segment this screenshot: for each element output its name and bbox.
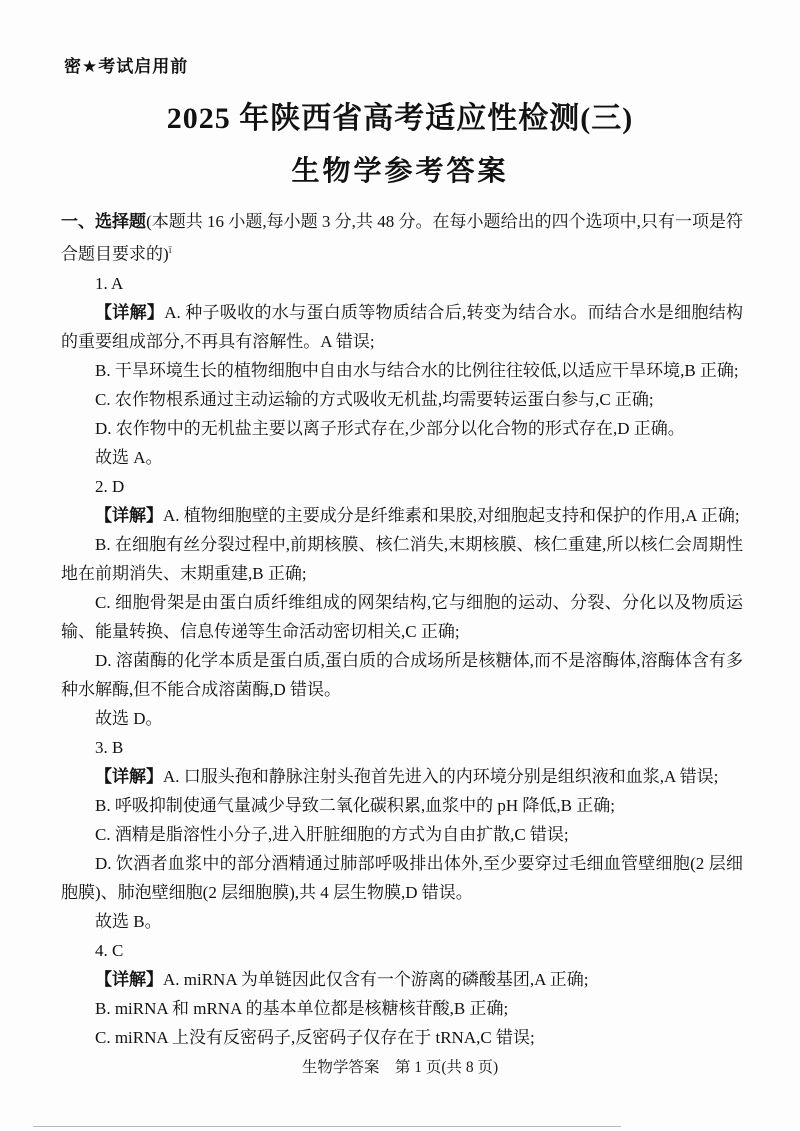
answer-line: 故选 D。 — [61, 704, 743, 733]
answer-line: D. 溶菌酶的化学本质是蛋白质,蛋白质的合成场所是核糖体,而不是溶酶体,溶酶体含… — [61, 646, 743, 704]
answer-line: B. 干旱环境生长的植物细胞中自由水与结合水的比例往往较低,以适应干旱环境,B … — [61, 356, 743, 385]
detail-tag: 【详解】 — [95, 767, 163, 786]
page-footer: 生物学答案 第 1 页(共 8 页) — [0, 1055, 800, 1077]
answer-line: C. 农作物根系通过主动运输的方式吸收无机盐,均需要转运蛋白参与,C 正确; — [61, 385, 743, 414]
section-heading-number: 一、选择题 — [61, 212, 146, 231]
answer-line: 3. B — [61, 733, 743, 762]
answer-line: 故选 A。 — [61, 443, 743, 472]
page-title: 2025 年陕西省高考适应性检测(三) — [0, 93, 800, 137]
answer-line: 1. A — [61, 269, 743, 298]
answer-line: 【详解】A. 口服头孢和静脉注射头孢首先进入的内环境分别是组织液和血浆,A 错误… — [61, 762, 743, 791]
answer-content: 一、选择题(本题共 16 小题,每小题 3 分,共 48 分。在每小题给出的四个… — [61, 207, 743, 1052]
answer-line: B. miRNA 和 mRNA 的基本单位都是核糖核苷酸,B 正确; — [61, 994, 743, 1023]
detail-tag: 【详解】 — [95, 506, 163, 525]
answer-line: C. miRNA 上没有反密码子,反密码子仅存在于 tRNA,C 错误; — [61, 1023, 743, 1052]
answer-line: 故选 B。 — [61, 907, 743, 936]
answer-line: 【详解】A. 种子吸收的水与蛋白质等物质结合后,转变为结合水。而结合水是细胞结构… — [61, 298, 743, 356]
answer-line: D. 农作物中的无机盐主要以离子形式存在,少部分以化合物的形式存在,D 正确。 — [61, 414, 743, 443]
answer-line: 【详解】A. miRNA 为单链因此仅含有一个游离的磷酸基团,A 正确; — [61, 965, 743, 994]
exam-answer-page: 密★考试启用前 2025 年陕西省高考适应性检测(三) 生物学参考答案 一、选择… — [0, 0, 800, 1131]
answer-line: C. 细胞骨架是由蛋白质纤维组成的网架结构,它与细胞的运动、分裂、分化以及物质运… — [61, 588, 743, 646]
answer-line: C. 酒精是脂溶性小分子,进入肝脏细胞的方式为自由扩散,C 错误; — [61, 820, 743, 849]
scan-artifact-mark: ī — [169, 244, 172, 256]
answer-line: B. 在细胞有丝分裂过程中,前期核膜、核仁消失,末期核膜、核仁重建,所以核仁会周… — [61, 530, 743, 588]
answer-line: 4. C — [61, 936, 743, 965]
answer-line: B. 呼吸抑制使通气量减少导致二氧化碳积累,血浆中的 pH 降低,B 正确; — [61, 791, 743, 820]
answer-line: 2. D — [61, 472, 743, 501]
detail-tag: 【详解】 — [95, 970, 163, 989]
security-label: 密★考试启用前 — [64, 52, 188, 77]
page-bottom-divider — [33, 1126, 621, 1127]
detail-tag: 【详解】 — [95, 303, 164, 322]
page-subtitle: 生物学参考答案 — [0, 149, 800, 189]
section-heading: 一、选择题(本题共 16 小题,每小题 3 分,共 48 分。在每小题给出的四个… — [61, 207, 743, 269]
answer-line: 【详解】A. 植物细胞壁的主要成分是纤维素和果胶,对细胞起支持和保护的作用,A … — [61, 501, 743, 530]
answer-line: D. 饮酒者血浆中的部分酒精通过肺部呼吸排出体外,至少要穿过毛细血管壁细胞(2 … — [61, 849, 743, 907]
section-heading-description: (本题共 16 小题,每小题 3 分,共 48 分。在每小题给出的四个选项中,只… — [61, 212, 743, 264]
